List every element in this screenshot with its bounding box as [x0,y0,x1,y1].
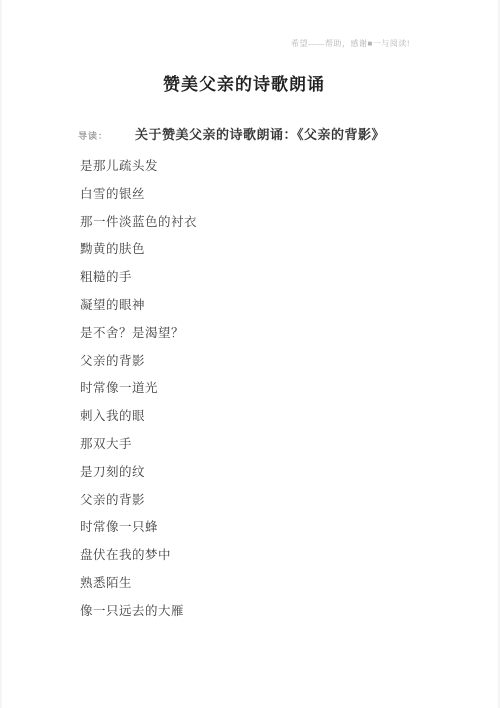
poem-line: 粗糙的手 [80,271,410,284]
poem-line: 熟悉陌生 [80,577,410,590]
poem-line: 黝黄的肤色 [80,243,410,256]
poem-line: 像一只远去的大雁 [80,605,410,618]
poem-line: 时常像一道光 [80,382,410,395]
poem-line: 时常像一只蜂 [80,521,410,534]
intro-text: 关于赞美父亲的诗歌朗诵：《父亲的背影》 [135,124,385,143]
poem-line: 那双大手 [80,438,410,451]
header-notice: 希望——帮助，感谢■一与阅读! [78,38,410,49]
poem-line: 是不舍？是渴望？ [80,327,410,340]
document-page: 希望——帮助，感谢■一与阅读! 赞美父亲的诗歌朗诵 导读： 关于赞美父亲的诗歌朗… [0,0,500,708]
page-title: 赞美父亲的诗歌朗诵 [78,70,410,95]
poem-body: 是那儿疏头发 白雪的银丝 那一件淡蓝色的衬衣 黝黄的肤色 粗糙的手 凝望的眼神 … [78,160,410,618]
intro-label: 导读： [78,129,108,142]
poem-line: 白雪的银丝 [80,188,410,201]
poem-line: 凝望的眼神 [80,299,410,312]
poem-line: 父亲的背影 [80,355,410,368]
poem-line: 是刀刻的纹 [80,466,410,479]
intro-row: 导读： 关于赞美父亲的诗歌朗诵：《父亲的背影》 [78,124,410,143]
poem-line: 那一件淡蓝色的衬衣 [80,216,410,229]
document-content: 希望——帮助，感谢■一与阅读! 赞美父亲的诗歌朗诵 导读： 关于赞美父亲的诗歌朗… [2,0,498,618]
poem-line: 盘伏在我的梦中 [80,549,410,562]
poem-line: 刺入我的眼 [80,410,410,423]
poem-line: 父亲的背影 [80,494,410,507]
poem-line: 是那儿疏头发 [80,160,410,173]
